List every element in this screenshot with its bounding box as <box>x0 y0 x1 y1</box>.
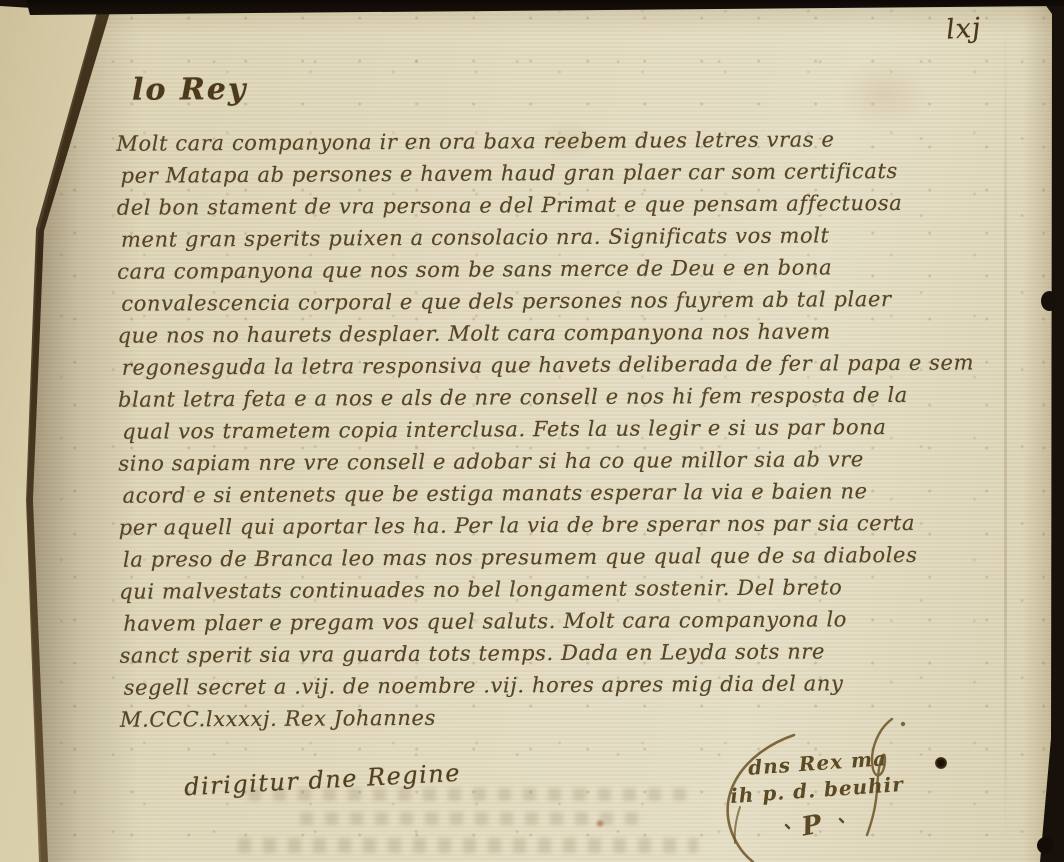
corner-wormhole <box>1037 837 1054 854</box>
manuscript-page: lxj lo Rey Molt cara companyona ir en or… <box>0 0 1064 862</box>
letter-line: la preso de Branca leo mas nos presumem … <box>123 538 1021 575</box>
letter-line: del bon stament de vra persona e del Pri… <box>117 186 1019 224</box>
chancery-note: dns Rex ma ih p. d. beuhir P <box>690 715 960 862</box>
letter-line: convalescencia corporal e que dels perso… <box>121 282 1019 319</box>
letter-text-block: lo Rey Molt cara companyona ir en ora ba… <box>116 67 1022 735</box>
show-through-text <box>238 838 698 853</box>
letter-heading: lo Rey <box>132 67 1018 107</box>
letter-line: qual vos trametem copia interclusa. Fets… <box>122 410 1020 447</box>
manuscript-photo: lxj lo Rey Molt cara companyona ir en or… <box>0 0 1064 862</box>
ink-blot <box>595 819 605 828</box>
folio-number: lxj <box>945 9 1027 46</box>
page-edge-notch <box>1041 291 1058 311</box>
right-edge-shading <box>1022 0 1054 862</box>
